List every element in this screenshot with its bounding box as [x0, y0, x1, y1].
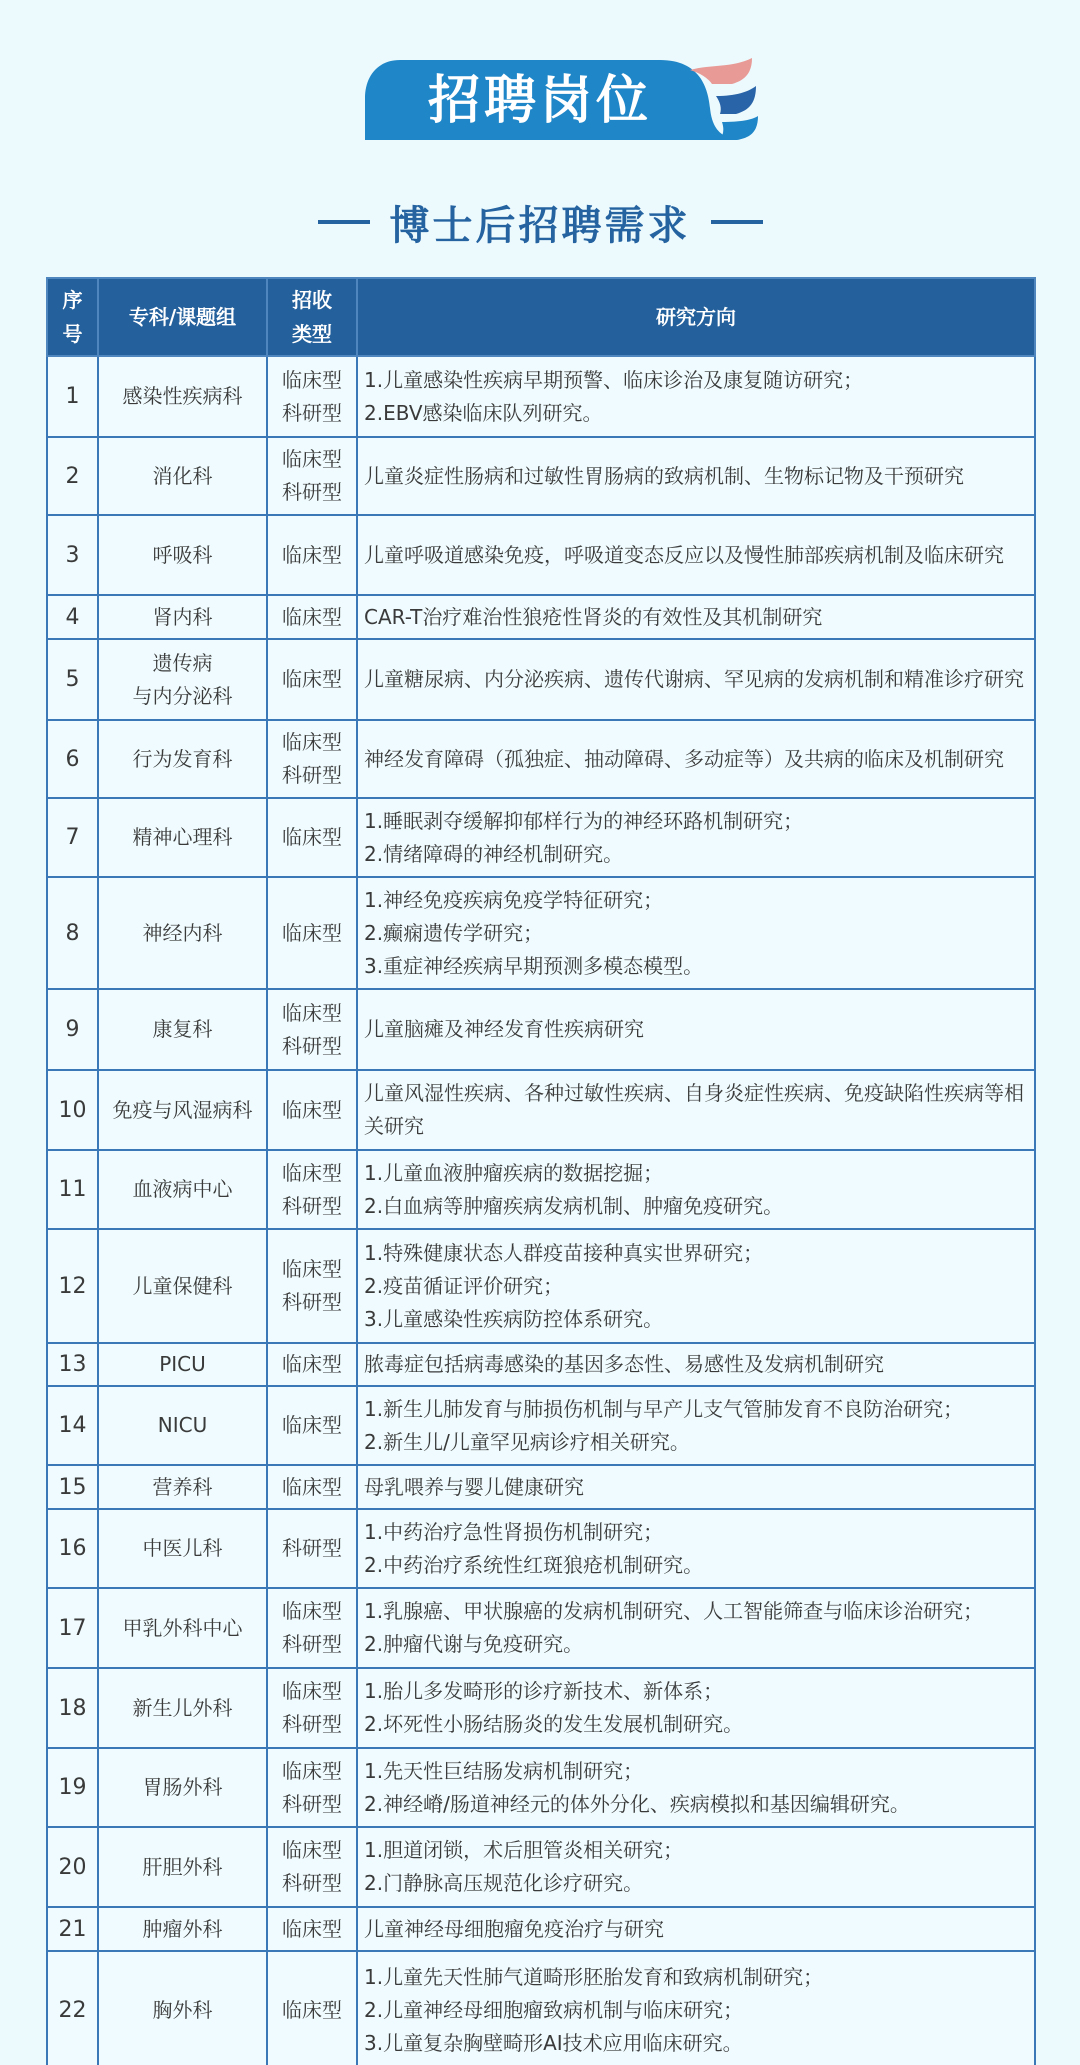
cell-direction-line: 儿童炎症性肠病和过敏性胃肠病的致病机制、生物标记物及干预研究	[364, 460, 1028, 493]
page: 招聘岗位 博士后招聘需求 序号 专科/课题组 招收类型 研究方向 1感染性疾病科…	[0, 0, 1080, 2065]
cell-direction-line: 母乳喂养与婴儿健康研究	[364, 1471, 1028, 1504]
cell-no-line: 11	[48, 1173, 97, 1206]
cell-type-line: 科研型	[270, 1708, 354, 1741]
header-dept: 专科/课题组	[98, 278, 267, 356]
cell-dept-line: 呼吸科	[99, 539, 266, 572]
cell-dept: 肿瘤外科	[98, 1907, 267, 1951]
cell-no: 5	[47, 639, 98, 720]
cell-no: 17	[47, 1588, 98, 1668]
cell-no: 3	[47, 515, 98, 595]
cell-no-line: 4	[48, 601, 97, 634]
cell-no: 16	[47, 1509, 98, 1588]
cell-direction-line: 1.儿童血液肿瘤疾病的数据挖掘；	[364, 1157, 1028, 1190]
cell-dept-line: 儿童保健科	[99, 1270, 266, 1303]
cell-no: 7	[47, 798, 98, 877]
cell-no: 9	[47, 989, 98, 1070]
cell-no: 13	[47, 1343, 98, 1386]
cell-direction-line: 2.门静脉高压规范化诊疗研究。	[364, 1867, 1028, 1900]
cell-direction-line: 2.肿瘤代谢与免疫研究。	[364, 1628, 1028, 1661]
cell-dept: 精神心理科	[98, 798, 267, 877]
cell-type-line: 临床型	[270, 1675, 354, 1708]
cell-dept: 康复科	[98, 989, 267, 1070]
cell-type-line: 临床型	[270, 917, 354, 950]
table-body: 1感染性疾病科临床型科研型1.儿童感染性疾病早期预警、临床诊治及康复随访研究；2…	[47, 356, 1035, 2065]
cell-type: 临床型	[267, 1907, 357, 1951]
cell-direction: 儿童神经母细胞瘤免疫治疗与研究	[357, 1907, 1035, 1951]
cell-no-line: 14	[48, 1409, 97, 1442]
cell-type-line: 临床型	[270, 1409, 354, 1442]
table-row: 10免疫与风湿病科临床型儿童风湿性疾病、各种过敏性疾病、自身炎症性疾病、免疫缺陷…	[47, 1070, 1035, 1150]
cell-direction-line: 3.重症神经疾病早期预测多模态模型。	[364, 950, 1028, 983]
table-row: 16中医儿科科研型1.中药治疗急性肾损伤机制研究；2.中药治疗系统性红斑狼疮机制…	[47, 1509, 1035, 1588]
section-heading: 博士后招聘需求	[0, 192, 1080, 252]
cell-type-line: 科研型	[270, 759, 354, 792]
header-type: 招收类型	[267, 278, 357, 356]
table-row: 1感染性疾病科临床型科研型1.儿童感染性疾病早期预警、临床诊治及康复随访研究；2…	[47, 356, 1035, 437]
cell-no: 12	[47, 1229, 98, 1343]
cell-type: 临床型科研型	[267, 1229, 357, 1343]
cell-type: 临床型科研型	[267, 1827, 357, 1907]
cell-direction: 1.先天性巨结肠发病机制研究；2.神经嵴/肠道神经元的体外分化、疾病模拟和基因编…	[357, 1748, 1035, 1827]
cell-dept-line: 胃肠外科	[99, 1771, 266, 1804]
cell-no-line: 2	[48, 460, 97, 493]
cell-type-line: 科研型	[270, 1286, 354, 1319]
cell-dept-line: 甲乳外科中心	[99, 1612, 266, 1645]
cell-type: 临床型	[267, 1070, 357, 1150]
cell-type-line: 临床型	[270, 364, 354, 397]
cell-direction-line: 2.癫痫遗传学研究；	[364, 917, 1028, 950]
heading-dash-right	[711, 220, 763, 224]
cell-dept: 肝胆外科	[98, 1827, 267, 1907]
cell-direction-line: 2.EBV感染临床队列研究。	[364, 397, 1028, 430]
cell-direction: 1.睡眠剥夺缓解抑郁样行为的神经环路机制研究；2.情绪障碍的神经机制研究。	[357, 798, 1035, 877]
cell-no: 2	[47, 437, 98, 515]
cell-direction: 儿童风湿性疾病、各种过敏性疾病、自身炎症性疾病、免疫缺陷性疾病等相关研究	[357, 1070, 1035, 1150]
table-row: 19胃肠外科临床型科研型1.先天性巨结肠发病机制研究；2.神经嵴/肠道神经元的体…	[47, 1748, 1035, 1827]
cell-no-line: 5	[48, 663, 97, 696]
cell-dept: PICU	[98, 1343, 267, 1386]
cell-type-line: 临床型	[270, 539, 354, 572]
cell-type: 临床型科研型	[267, 1588, 357, 1668]
cell-type-line: 临床型	[270, 1913, 354, 1946]
cell-dept-line: 中医儿科	[99, 1532, 266, 1565]
cell-no: 6	[47, 720, 98, 798]
cell-type: 临床型	[267, 515, 357, 595]
cell-type: 临床型科研型	[267, 356, 357, 437]
cell-dept: 感染性疾病科	[98, 356, 267, 437]
cell-no: 21	[47, 1907, 98, 1951]
cell-dept-line: 血液病中心	[99, 1173, 266, 1206]
table-row: 4肾内科临床型CAR-T治疗难治性狼疮性肾炎的有效性及其机制研究	[47, 595, 1035, 639]
cell-dept-line: 肝胆外科	[99, 1851, 266, 1884]
cell-type-line: 临床型	[270, 1755, 354, 1788]
cell-dept: 新生儿外科	[98, 1668, 267, 1748]
cell-dept-line: 消化科	[99, 460, 266, 493]
cell-dept: 消化科	[98, 437, 267, 515]
cell-direction-line: 儿童风湿性疾病、各种过敏性疾病、自身炎症性疾病、免疫缺陷性疾病等相关研究	[364, 1077, 1028, 1143]
cell-type: 临床型	[267, 1386, 357, 1465]
cell-type-line: 临床型	[270, 726, 354, 759]
cell-type-line: 临床型	[270, 1471, 354, 1504]
cell-direction: 神经发育障碍（孤独症、抽动障碍、多动症等）及共病的临床及机制研究	[357, 720, 1035, 798]
cell-dept-line: 康复科	[99, 1013, 266, 1046]
cell-direction-line: 1.特殊健康状态人群疫苗接种真实世界研究；	[364, 1237, 1028, 1270]
cell-direction-line: 1.先天性巨结肠发病机制研究；	[364, 1755, 1028, 1788]
cell-type: 临床型	[267, 1951, 357, 2065]
cell-type: 科研型	[267, 1509, 357, 1588]
cell-direction: 1.特殊健康状态人群疫苗接种真实世界研究；2.疫苗循证评价研究；3.儿童感染性疾…	[357, 1229, 1035, 1343]
cell-direction-line: 2.白血病等肿瘤疾病发病机制、肿瘤免疫研究。	[364, 1190, 1028, 1223]
table-row: 2消化科临床型科研型儿童炎症性肠病和过敏性胃肠病的致病机制、生物标记物及干预研究	[47, 437, 1035, 515]
cell-direction: 1.新生儿肺发育与肺损伤机制与早产儿支气管肺发育不良防治研究；2.新生儿/儿童罕…	[357, 1386, 1035, 1465]
cell-direction-line: 1.睡眠剥夺缓解抑郁样行为的神经环路机制研究；	[364, 805, 1028, 838]
table-row: 21肿瘤外科临床型儿童神经母细胞瘤免疫治疗与研究	[47, 1907, 1035, 1951]
cell-direction-line: 儿童脑瘫及神经发育性疾病研究	[364, 1013, 1028, 1046]
table-row: 13PICU临床型脓毒症包括病毒感染的基因多态性、易感性及发病机制研究	[47, 1343, 1035, 1386]
cell-dept-line: 感染性疾病科	[99, 380, 266, 413]
cell-no-line: 15	[48, 1471, 97, 1504]
cell-type: 临床型科研型	[267, 1668, 357, 1748]
cell-direction-line: 2.儿童神经母细胞瘤致病机制与临床研究；	[364, 1994, 1028, 2027]
cell-no: 1	[47, 356, 98, 437]
table-row: 12儿童保健科临床型科研型1.特殊健康状态人群疫苗接种真实世界研究；2.疫苗循证…	[47, 1229, 1035, 1343]
cell-dept-line: 精神心理科	[99, 821, 266, 854]
cell-direction-line: 3.儿童复杂胸壁畸形AI技术应用临床研究。	[364, 2027, 1028, 2060]
cell-direction-line: 1.胆道闭锁，术后胆管炎相关研究；	[364, 1834, 1028, 1867]
cell-type-line: 临床型	[270, 1157, 354, 1190]
cell-direction-line: 1.中药治疗急性肾损伤机制研究；	[364, 1516, 1028, 1549]
cell-type: 临床型科研型	[267, 1150, 357, 1229]
cell-type: 临床型	[267, 639, 357, 720]
cell-no-line: 8	[48, 917, 97, 950]
cell-direction-line: 2.神经嵴/肠道神经元的体外分化、疾病模拟和基因编辑研究。	[364, 1788, 1028, 1821]
cell-dept: 中医儿科	[98, 1509, 267, 1588]
cell-no: 20	[47, 1827, 98, 1907]
cell-direction-line: 3.儿童感染性疾病防控体系研究。	[364, 1303, 1028, 1336]
cell-direction-line: 1.儿童感染性疾病早期预警、临床诊治及康复随访研究；	[364, 364, 1028, 397]
cell-type-line: 临床型	[270, 601, 354, 634]
table-row: 20肝胆外科临床型科研型1.胆道闭锁，术后胆管炎相关研究；2.门静脉高压规范化诊…	[47, 1827, 1035, 1907]
table-row: 14NICU临床型1.新生儿肺发育与肺损伤机制与早产儿支气管肺发育不良防治研究；…	[47, 1386, 1035, 1465]
cell-dept-line: 营养科	[99, 1471, 266, 1504]
cell-no-line: 10	[48, 1094, 97, 1127]
cell-no-line: 17	[48, 1612, 97, 1645]
header-no: 序号	[47, 278, 98, 356]
cell-direction: 儿童呼吸道感染免疫，呼吸道变态反应以及慢性肺部疾病机制及临床研究	[357, 515, 1035, 595]
cell-direction-line: 儿童糖尿病、内分泌疾病、遗传代谢病、罕见病的发病机制和精准诊疗研究	[364, 663, 1028, 696]
cell-type-line: 临床型	[270, 821, 354, 854]
cell-dept-line: 遗传病	[99, 647, 266, 680]
cell-dept-line: 肾内科	[99, 601, 266, 634]
table-header-row: 序号 专科/课题组 招收类型 研究方向	[47, 278, 1035, 356]
cell-direction: CAR-T治疗难治性狼疮性肾炎的有效性及其机制研究	[357, 595, 1035, 639]
table-row: 5遗传病与内分泌科临床型儿童糖尿病、内分泌疾病、遗传代谢病、罕见病的发病机制和精…	[47, 639, 1035, 720]
cell-dept: 神经内科	[98, 877, 267, 989]
table-row: 18新生儿外科临床型科研型1.胎儿多发畸形的诊疗新技术、新体系；2.坏死性小肠结…	[47, 1668, 1035, 1748]
cell-type-line: 临床型	[270, 997, 354, 1030]
cell-dept: 儿童保健科	[98, 1229, 267, 1343]
heading-dash-left	[318, 220, 370, 224]
cell-type: 临床型	[267, 1343, 357, 1386]
cell-direction: 1.儿童先天性肺气道畸形胚胎发育和致病机制研究；2.儿童神经母细胞瘤致病机制与临…	[357, 1951, 1035, 2065]
header-direction: 研究方向	[357, 278, 1035, 356]
cell-no-line: 7	[48, 821, 97, 854]
cell-type-line: 临床型	[270, 1348, 354, 1381]
cell-direction-line: 1.儿童先天性肺气道畸形胚胎发育和致病机制研究；	[364, 1961, 1028, 1994]
table-row: 6行为发育科临床型科研型神经发育障碍（孤独症、抽动障碍、多动症等）及共病的临床及…	[47, 720, 1035, 798]
cell-dept-line: 新生儿外科	[99, 1692, 266, 1725]
cell-dept: 营养科	[98, 1465, 267, 1509]
cell-no-line: 6	[48, 743, 97, 776]
table-row: 9康复科临床型科研型儿童脑瘫及神经发育性疾病研究	[47, 989, 1035, 1070]
cell-direction: 母乳喂养与婴儿健康研究	[357, 1465, 1035, 1509]
cell-dept: 遗传病与内分泌科	[98, 639, 267, 720]
cell-type-line: 科研型	[270, 476, 354, 509]
cell-no-line: 9	[48, 1013, 97, 1046]
cell-direction-line: 1.乳腺癌、甲状腺癌的发病机制研究、人工智能筛查与临床诊治研究；	[364, 1595, 1028, 1628]
cell-type-line: 科研型	[270, 1867, 354, 1900]
cell-no: 8	[47, 877, 98, 989]
cell-no: 18	[47, 1668, 98, 1748]
table-row: 22胸外科临床型1.儿童先天性肺气道畸形胚胎发育和致病机制研究；2.儿童神经母细…	[47, 1951, 1035, 2065]
cell-direction-line: 2.中药治疗系统性红斑狼疮机制研究。	[364, 1549, 1028, 1582]
cell-type: 临床型科研型	[267, 437, 357, 515]
cell-no-line: 16	[48, 1532, 97, 1565]
cell-type: 临床型科研型	[267, 1748, 357, 1827]
cell-direction: 1.儿童血液肿瘤疾病的数据挖掘；2.白血病等肿瘤疾病发病机制、肿瘤免疫研究。	[357, 1150, 1035, 1229]
cell-direction: 1.中药治疗急性肾损伤机制研究；2.中药治疗系统性红斑狼疮机制研究。	[357, 1509, 1035, 1588]
cell-no: 14	[47, 1386, 98, 1465]
table-row: 3呼吸科临床型儿童呼吸道感染免疫，呼吸道变态反应以及慢性肺部疾病机制及临床研究	[47, 515, 1035, 595]
cell-direction-line: 1.神经免疫疾病免疫学特征研究；	[364, 884, 1028, 917]
cell-type-line: 科研型	[270, 1788, 354, 1821]
cell-direction: 1.乳腺癌、甲状腺癌的发病机制研究、人工智能筛查与临床诊治研究；2.肿瘤代谢与免…	[357, 1588, 1035, 1668]
cell-direction: 1.神经免疫疾病免疫学特征研究；2.癫痫遗传学研究；3.重症神经疾病早期预测多模…	[357, 877, 1035, 989]
cell-no-line: 18	[48, 1692, 97, 1725]
cell-dept: 血液病中心	[98, 1150, 267, 1229]
cell-type: 临床型	[267, 877, 357, 989]
cell-no-line: 1	[48, 380, 97, 413]
table-row: 11血液病中心临床型科研型1.儿童血液肿瘤疾病的数据挖掘；2.白血病等肿瘤疾病发…	[47, 1150, 1035, 1229]
recruitment-table-wrap: 序号 专科/课题组 招收类型 研究方向 1感染性疾病科临床型科研型1.儿童感染性…	[46, 277, 1034, 2065]
cell-dept-line: 胸外科	[99, 1994, 266, 2027]
cell-type-line: 临床型	[270, 663, 354, 696]
banner-title: 招聘岗位	[390, 66, 690, 136]
cell-type-line: 科研型	[270, 1628, 354, 1661]
cell-type-line: 临床型	[270, 443, 354, 476]
cell-type-line: 临床型	[270, 1253, 354, 1286]
cell-dept-line: 与内分泌科	[99, 680, 266, 713]
cell-no: 4	[47, 595, 98, 639]
cell-direction-line: 神经发育障碍（孤独症、抽动障碍、多动症等）及共病的临床及机制研究	[364, 743, 1028, 776]
table-row: 17甲乳外科中心临床型科研型1.乳腺癌、甲状腺癌的发病机制研究、人工智能筛查与临…	[47, 1588, 1035, 1668]
recruitment-table: 序号 专科/课题组 招收类型 研究方向 1感染性疾病科临床型科研型1.儿童感染性…	[46, 277, 1036, 2065]
table-row: 8神经内科临床型1.神经免疫疾病免疫学特征研究；2.癫痫遗传学研究；3.重症神经…	[47, 877, 1035, 989]
cell-type: 临床型	[267, 798, 357, 877]
cell-type-line: 科研型	[270, 397, 354, 430]
cell-direction-line: 2.新生儿/儿童罕见病诊疗相关研究。	[364, 1426, 1028, 1459]
cell-direction-line: 1.胎儿多发畸形的诊疗新技术、新体系；	[364, 1675, 1028, 1708]
cell-no-line: 21	[48, 1913, 97, 1946]
cell-dept-line: 免疫与风湿病科	[99, 1094, 266, 1127]
cell-direction: 儿童脑瘫及神经发育性疾病研究	[357, 989, 1035, 1070]
cell-type-line: 临床型	[270, 1994, 354, 2027]
cell-dept: 肾内科	[98, 595, 267, 639]
cell-type-line: 科研型	[270, 1030, 354, 1063]
cell-direction: 1.胆道闭锁，术后胆管炎相关研究；2.门静脉高压规范化诊疗研究。	[357, 1827, 1035, 1907]
cell-no-line: 3	[48, 539, 97, 572]
cell-no-line: 19	[48, 1771, 97, 1804]
cell-type: 临床型科研型	[267, 720, 357, 798]
cell-type-line: 临床型	[270, 1094, 354, 1127]
cell-dept-line: 神经内科	[99, 917, 266, 950]
cell-no: 11	[47, 1150, 98, 1229]
cell-direction: 1.儿童感染性疾病早期预警、临床诊治及康复随访研究；2.EBV感染临床队列研究。	[357, 356, 1035, 437]
cell-direction-line: 1.新生儿肺发育与肺损伤机制与早产儿支气管肺发育不良防治研究；	[364, 1393, 1028, 1426]
cell-direction-line: 脓毒症包括病毒感染的基因多态性、易感性及发病机制研究	[364, 1348, 1028, 1381]
cell-dept: 行为发育科	[98, 720, 267, 798]
cell-dept: 甲乳外科中心	[98, 1588, 267, 1668]
cell-dept-line: PICU	[99, 1348, 266, 1381]
cell-direction-line: 2.疫苗循证评价研究；	[364, 1270, 1028, 1303]
cell-type: 临床型	[267, 595, 357, 639]
cell-dept: NICU	[98, 1386, 267, 1465]
cell-type: 临床型科研型	[267, 989, 357, 1070]
cell-dept: 呼吸科	[98, 515, 267, 595]
cell-dept-line: 肿瘤外科	[99, 1913, 266, 1946]
cell-no-line: 13	[48, 1348, 97, 1381]
cell-direction-line: 儿童呼吸道感染免疫，呼吸道变态反应以及慢性肺部疾病机制及临床研究	[364, 539, 1028, 572]
cell-no-line: 12	[48, 1270, 97, 1303]
table-row: 15营养科临床型母乳喂养与婴儿健康研究	[47, 1465, 1035, 1509]
cell-type-line: 临床型	[270, 1834, 354, 1867]
cell-type: 临床型	[267, 1465, 357, 1509]
cell-dept: 胸外科	[98, 1951, 267, 2065]
cell-direction-line: 2.坏死性小肠结肠炎的发生发展机制研究。	[364, 1708, 1028, 1741]
cell-direction: 脓毒症包括病毒感染的基因多态性、易感性及发病机制研究	[357, 1343, 1035, 1386]
cell-dept: 胃肠外科	[98, 1748, 267, 1827]
cell-type-line: 科研型	[270, 1190, 354, 1223]
cell-direction-line: 2.情绪障碍的神经机制研究。	[364, 838, 1028, 871]
cell-no: 19	[47, 1748, 98, 1827]
cell-dept-line: 行为发育科	[99, 743, 266, 776]
cell-direction-line: 儿童神经母细胞瘤免疫治疗与研究	[364, 1913, 1028, 1946]
cell-no-line: 22	[48, 1994, 97, 2027]
cell-direction: 儿童糖尿病、内分泌疾病、遗传代谢病、罕见病的发病机制和精准诊疗研究	[357, 639, 1035, 720]
cell-no-line: 20	[48, 1851, 97, 1884]
cell-no: 15	[47, 1465, 98, 1509]
cell-direction: 1.胎儿多发畸形的诊疗新技术、新体系；2.坏死性小肠结肠炎的发生发展机制研究。	[357, 1668, 1035, 1748]
cell-dept: 免疫与风湿病科	[98, 1070, 267, 1150]
cell-no: 10	[47, 1070, 98, 1150]
cell-direction-line: CAR-T治疗难治性狼疮性肾炎的有效性及其机制研究	[364, 601, 1028, 634]
banner: 招聘岗位	[360, 58, 770, 142]
cell-no: 22	[47, 1951, 98, 2065]
cell-dept-line: NICU	[99, 1409, 266, 1442]
table-row: 7精神心理科临床型1.睡眠剥夺缓解抑郁样行为的神经环路机制研究；2.情绪障碍的神…	[47, 798, 1035, 877]
cell-type-line: 临床型	[270, 1595, 354, 1628]
section-title: 博士后招聘需求	[390, 194, 691, 251]
cell-direction: 儿童炎症性肠病和过敏性胃肠病的致病机制、生物标记物及干预研究	[357, 437, 1035, 515]
cell-type-line: 科研型	[270, 1532, 354, 1565]
